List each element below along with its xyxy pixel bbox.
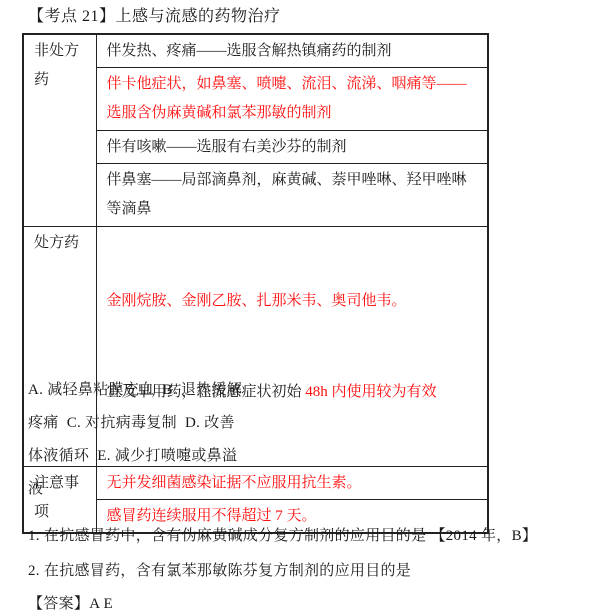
option-line-3: 体液循环 E. 减少打喷嚏或鼻溢 — [28, 440, 590, 473]
option-line-4: 液 — [28, 473, 590, 506]
answer-line: 【答案】A E — [28, 588, 590, 616]
otc-row-cough: 伴有咳嗽——选服有右美沙芬的制剂 — [96, 131, 488, 164]
page-title: 【考点 21】上感与流感的药物治疗 — [28, 7, 281, 27]
otc-row-nasal-congestion: 伴鼻塞——局部滴鼻剂，麻黄碱、萘甲唑啉、羟甲唑啉等滴鼻 — [96, 164, 488, 227]
otc-row-catarrhal: 伴卡他症状，如鼻塞、喷嚏、流泪、流涕、咽痛等——选服含伪麻黄碱和氯苯那敏的制剂 — [96, 68, 488, 131]
question-1: 1. 在抗感冒药中，含有伪麻黄碱成分复方制剂的应用目的是 【2014 年，B】 — [28, 520, 590, 553]
question-2: 2. 在抗感冒药，含有氯苯那敏陈芬复方制剂的应用目的是 — [28, 555, 590, 588]
table-row: 非处方药 伴发热、疼痛——选服含解热镇痛药的制剂 — [23, 34, 488, 68]
option-line-1: A. 减轻鼻粘膜充血 B. 退热缓解 — [28, 374, 590, 407]
option-line-2: 疼痛 C. 对抗病毒复制 D. 改善 — [28, 407, 590, 440]
bottom-text-block: A. 减轻鼻粘膜充血 B. 退热缓解 疼痛 C. 对抗病毒复制 D. 改善 体液… — [28, 374, 590, 616]
rx-drug-list: 金刚烷胺、金刚乙胺、扎那米韦、奥司他韦。 — [107, 287, 481, 316]
otc-row-fever: 伴发热、疼痛——选服含解热镇痛药的制剂 — [96, 34, 488, 68]
otc-section-label: 非处方药 — [23, 34, 96, 227]
